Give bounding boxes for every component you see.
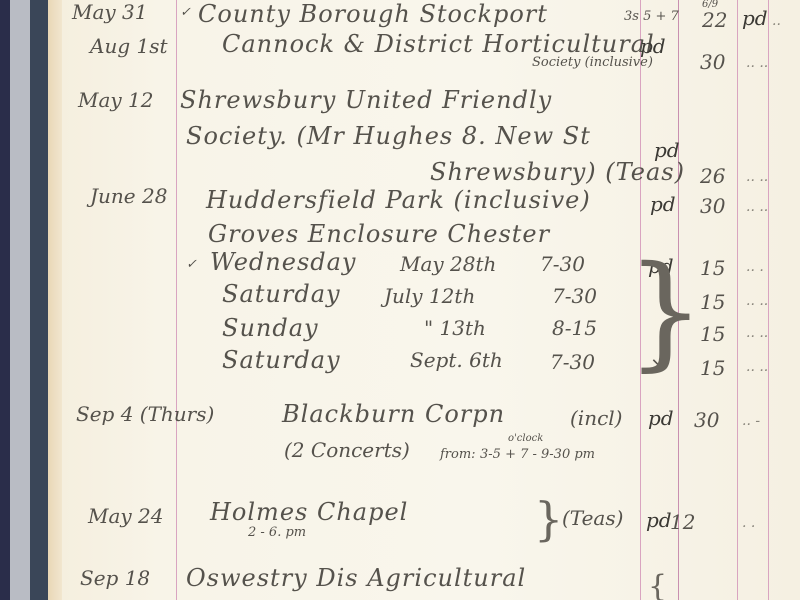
sub-entry-date: Sept. 6th [410,350,503,370]
entry-tail: .. .. [746,200,768,214]
entry-description: Huddersfield Park (inclusive) [206,188,591,212]
entry-tail: .. [772,14,781,28]
sub-entry-day: Saturday [222,282,341,306]
entry-brace: { [648,572,667,600]
entry-description: Blackburn Corpn [282,402,505,426]
entry-amount: 30 [700,52,725,72]
entry-status: pd [648,408,674,428]
entry-time: 2 - 6. pm [248,526,306,539]
entry-qualifier: (Teas) [562,508,623,528]
entry-description: Cannock & District Horticultural [222,32,655,56]
entry-description: Shrewsbury United Friendly [180,88,552,112]
entry-times-label: from: [440,448,476,461]
entry-description-line2: Society. (Mr Hughes 8. New St [186,124,591,148]
entry-description-line2: Society (inclusive) [532,56,653,69]
sub-entry-date: July 12th [384,286,475,306]
entry-date: May 31 [72,2,148,22]
entry-amount: 26 [700,166,725,186]
entry-brace: } [534,496,563,542]
entry-description: Groves Enclosure Chester [208,222,550,246]
entry-status: pd [646,510,672,530]
entry-tail: .. - [742,414,760,428]
sub-entry-tail: .. .. [746,360,768,374]
check-mark: ✓ [180,6,191,19]
entry-status: pd [650,194,676,214]
entry-amount: 22 [702,10,727,30]
sub-entry-day: Saturday [222,348,341,372]
sub-entry-time: 7-30 [550,352,595,372]
entry-amount: 30 [700,196,725,216]
sub-entry-date: May 28th [400,254,496,274]
entry-qualifier: (incl) [570,408,622,428]
entry-tail: . . [742,516,755,530]
ledger-page: May 31 ✓ County Borough Stockport 3s 5 +… [0,0,800,600]
sub-entry-tail: .. .. [746,294,768,308]
sub-entry-time: 7-30 [540,254,585,274]
entry-description: Oswestry Dis Agricultural [186,566,526,590]
entry-amount: 12 [670,512,695,532]
entry-description: County Borough Stockport [198,2,548,26]
sub-entry-time: 7-30 [552,286,597,306]
entry-status: pd [742,8,768,28]
entry-status: pd [654,140,680,160]
entry-date: May 24 [88,506,164,526]
book-binding [0,0,62,600]
entry-description-line3: Shrewsbury) (Teas) [430,160,685,184]
entry-date: May 12 [78,90,154,110]
entry-tail: .. .. [746,170,768,184]
entry-date: Sep 4 (Thurs) [76,404,214,424]
entry-description: Holmes Chapel [210,500,408,524]
entry-date: Aug 1st [90,36,168,56]
sub-entry-time: 8-15 [552,318,597,338]
entry-amount: 30 [694,410,719,430]
entry-times-superscript: o'clock [508,434,543,444]
sub-entry-tail: .. . [746,260,764,274]
entry-description-line2: (2 Concerts) [284,440,410,460]
entry-tail: .. .. [746,56,768,70]
grouping-brace: } [626,250,705,374]
sub-entry-date: " 13th [424,318,486,338]
column-rule-3 [737,0,738,600]
entry-note: 3s 5 + 7 [624,10,679,23]
sub-entry-tail: .. .. [746,326,768,340]
sub-entry-day: Sunday [222,316,319,340]
entry-date: Sep 18 [80,568,150,588]
check-mark: ✓ [186,258,197,271]
entry-times: 3-5 + 7 - 9-30 pm [480,448,595,461]
margin-rule [176,0,177,600]
entry-status: pd [640,36,666,56]
entry-date: June 28 [90,186,167,206]
sub-entry-day: Wednesday [210,250,356,274]
